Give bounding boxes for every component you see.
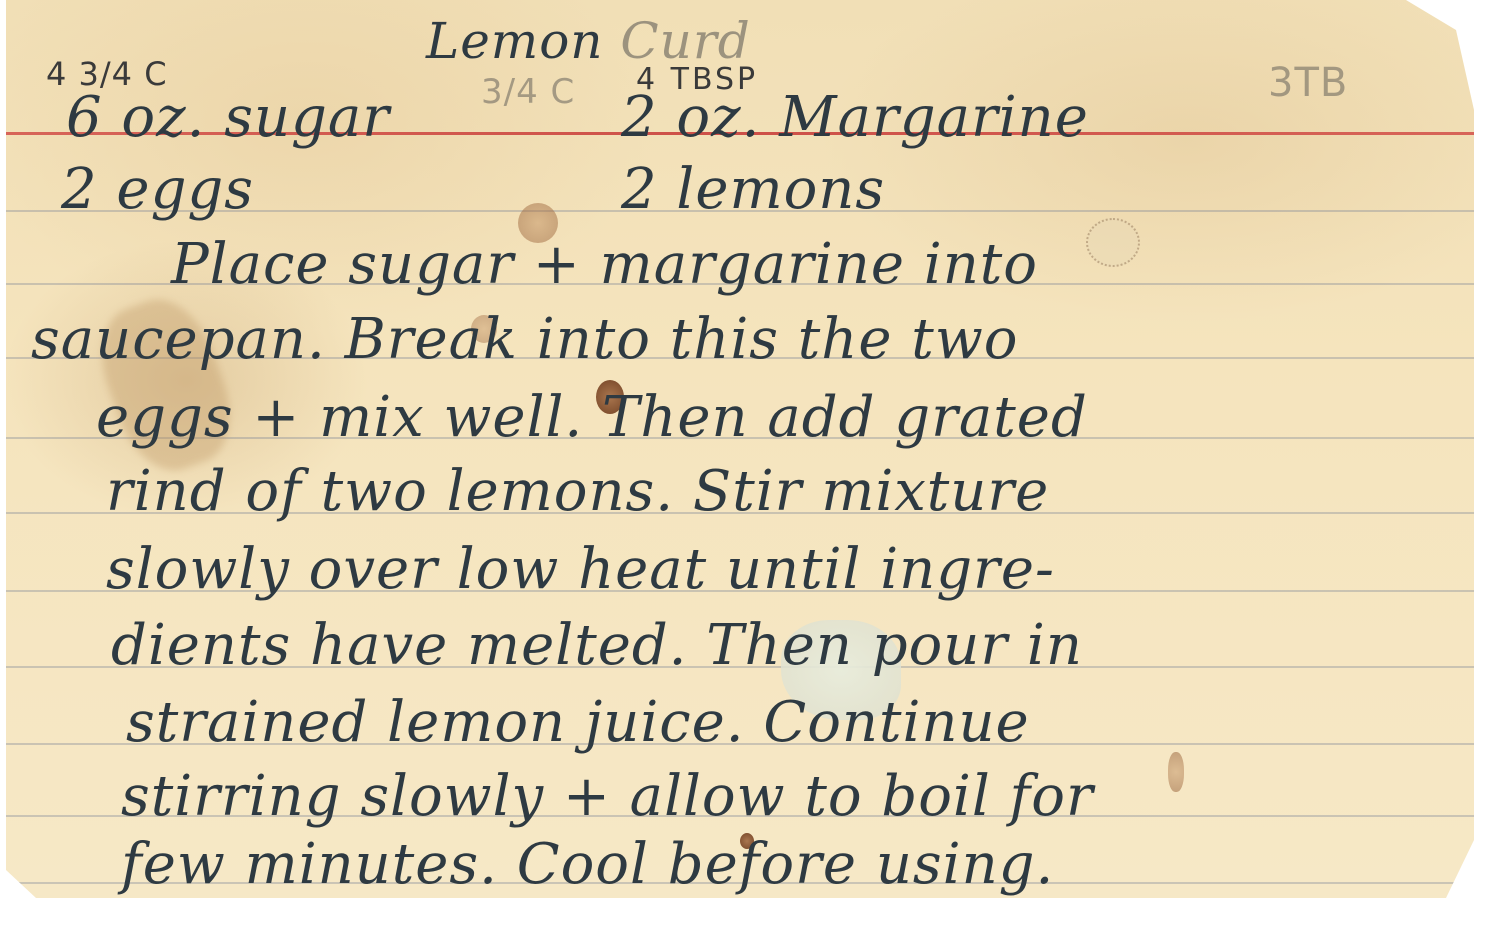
instruction-line: saucepan. Break into this the two	[31, 310, 1018, 370]
recipe-card: Lemon Curd 3TB 4 3/4 C 3/4 C 4 TBSP 6 oz…	[6, 0, 1474, 898]
stain	[1086, 218, 1140, 267]
stain	[1168, 752, 1184, 792]
ingredient-sugar: 6 oz. sugar	[66, 88, 390, 148]
instruction-line: eggs + mix well. Then add grated	[96, 388, 1088, 448]
instruction-line: strained lemon juice. Continue	[126, 693, 1030, 753]
corner-note: 3TB	[1268, 60, 1348, 106]
instruction-line: Place sugar + margarine into	[171, 235, 1038, 295]
ingredient-eggs: 2 eggs	[61, 160, 254, 220]
instruction-line: rind of two lemons. Stir mixture	[106, 462, 1049, 522]
instruction-line: few minutes. Cool before using.	[121, 835, 1054, 895]
title-main: Lemon	[426, 12, 604, 70]
instruction-line: slowly over low heat until ingre-	[106, 540, 1055, 600]
instruction-line: dients have melted. Then pour in	[111, 616, 1083, 676]
instruction-line: stirring slowly + allow to boil for	[121, 767, 1094, 827]
sugar-annotation-faint: 3/4 C	[481, 72, 575, 112]
ingredient-margarine: 2 oz. Margarine	[621, 88, 1089, 148]
ingredient-lemons: 2 lemons	[621, 160, 885, 220]
